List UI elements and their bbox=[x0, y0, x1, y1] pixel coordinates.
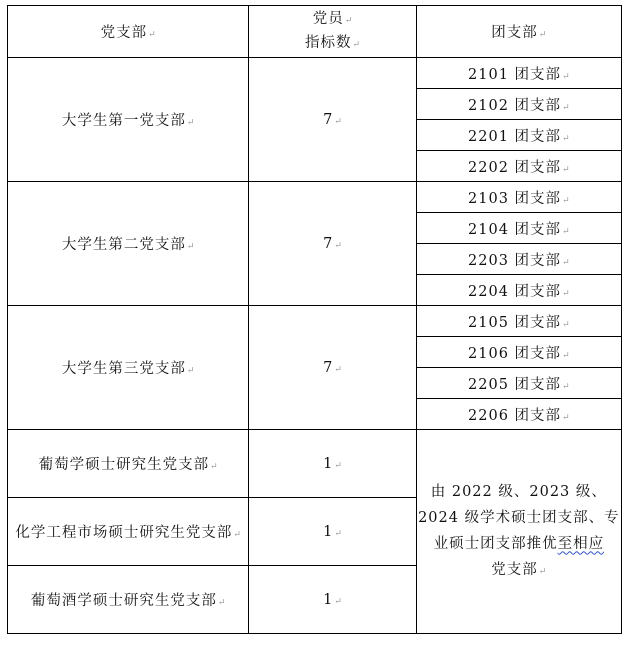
paragraph-mark-icon: ↵ bbox=[562, 227, 570, 237]
spellcheck-underline: 至相应 bbox=[558, 536, 605, 552]
party-branch-cell: 大学生第二党支部↵ bbox=[8, 182, 249, 306]
quota-cell: 1↵ bbox=[249, 498, 416, 566]
league-branch-cell: 2204 团支部↵ bbox=[416, 275, 621, 306]
league-branch-cell: 2206 团支部↵ bbox=[416, 399, 621, 430]
league-branch-cell: 2203 团支部↵ bbox=[416, 244, 621, 275]
league-branch-cell: 2101 团支部↵ bbox=[416, 58, 621, 89]
header-quota: 党员↵ 指标数↵ bbox=[249, 6, 416, 58]
paragraph-mark-icon: ↵ bbox=[218, 598, 226, 608]
party-branch-cell: 葡萄酒学硕士研究生党支部↵ bbox=[8, 566, 249, 634]
league-branch-cell: 2104 团支部↵ bbox=[416, 213, 621, 244]
table-row: 大学生第一党支部↵ 7↵ 2101 团支部↵ bbox=[8, 58, 622, 89]
party-branch-cell: 大学生第三党支部↵ bbox=[8, 306, 249, 430]
party-branch-cell: 大学生第一党支部↵ bbox=[8, 58, 249, 182]
paragraph-mark-icon: ↵ bbox=[562, 258, 570, 268]
quota-cell: 1↵ bbox=[249, 566, 416, 634]
league-branch-cell: 2106 团支部↵ bbox=[416, 337, 621, 368]
quota-cell: 7↵ bbox=[249, 182, 416, 306]
paragraph-mark-icon: ↵ bbox=[148, 30, 156, 40]
party-member-quota-table: 党支部↵ 党员↵ 指标数↵ 团支部↵ 大学生第一党支部↵ 7↵ 2101 团支部… bbox=[7, 5, 622, 634]
paragraph-mark-icon: ↵ bbox=[334, 241, 342, 251]
paragraph-mark-icon: ↵ bbox=[210, 462, 218, 472]
paragraph-mark-icon: ↵ bbox=[562, 103, 570, 113]
quota-cell: 1↵ bbox=[249, 430, 416, 498]
paragraph-mark-icon: ↵ bbox=[233, 530, 241, 540]
paragraph-mark-icon: ↵ bbox=[562, 196, 570, 206]
league-branch-cell: 2102 团支部↵ bbox=[416, 89, 621, 120]
paragraph-mark-icon: ↵ bbox=[334, 461, 342, 471]
league-branch-cell: 2201 团支部↵ bbox=[416, 120, 621, 151]
paragraph-mark-icon: ↵ bbox=[345, 16, 353, 26]
paragraph-mark-icon: ↵ bbox=[562, 134, 570, 144]
paragraph-mark-icon: ↵ bbox=[334, 597, 342, 607]
table-row: 大学生第二党支部↵ 7↵ 2103 团支部↵ bbox=[8, 182, 622, 213]
paragraph-mark-icon: ↵ bbox=[187, 118, 195, 128]
league-branch-cell: 2205 团支部↵ bbox=[416, 368, 621, 399]
table-row: 大学生第三党支部↵ 7↵ 2105 团支部↵ bbox=[8, 306, 622, 337]
paragraph-mark-icon: ↵ bbox=[334, 117, 342, 127]
paragraph-mark-icon: ↵ bbox=[539, 30, 547, 40]
paragraph-mark-icon: ↵ bbox=[334, 365, 342, 375]
league-branch-cell: 2103 团支部↵ bbox=[416, 182, 621, 213]
paragraph-mark-icon: ↵ bbox=[562, 413, 570, 423]
paragraph-mark-icon: ↵ bbox=[562, 72, 570, 82]
header-league-branch: 团支部↵ bbox=[416, 6, 621, 58]
league-branch-cell: 2105 团支部↵ bbox=[416, 306, 621, 337]
paragraph-mark-icon: ↵ bbox=[187, 366, 195, 376]
paragraph-mark-icon: ↵ bbox=[187, 242, 195, 252]
paragraph-mark-icon: ↵ bbox=[562, 289, 570, 299]
league-branch-cell: 2202 团支部↵ bbox=[416, 151, 621, 182]
paragraph-mark-icon: ↵ bbox=[562, 320, 570, 330]
paragraph-mark-icon: ↵ bbox=[562, 382, 570, 392]
quota-cell: 7↵ bbox=[249, 306, 416, 430]
paragraph-mark-icon: ↵ bbox=[334, 529, 342, 539]
graduate-note-cell: 由 2022 级、2023 级、2024 级学术硕士团支部、专业硕士团支部推优至… bbox=[416, 430, 621, 634]
header-row: 党支部↵ 党员↵ 指标数↵ 团支部↵ bbox=[8, 6, 622, 58]
paragraph-mark-icon: ↵ bbox=[562, 351, 570, 361]
paragraph-mark-icon: ↵ bbox=[539, 567, 547, 577]
header-party-branch: 党支部↵ bbox=[8, 6, 249, 58]
party-branch-cell: 化学工程市场硕士研究生党支部↵ bbox=[8, 498, 249, 566]
paragraph-mark-icon: ↵ bbox=[562, 165, 570, 175]
quota-cell: 7↵ bbox=[249, 58, 416, 182]
party-branch-cell: 葡萄学硕士研究生党支部↵ bbox=[8, 430, 249, 498]
paragraph-mark-icon: ↵ bbox=[353, 40, 361, 50]
table-row: 葡萄学硕士研究生党支部↵ 1↵ 由 2022 级、2023 级、2024 级学术… bbox=[8, 430, 622, 498]
